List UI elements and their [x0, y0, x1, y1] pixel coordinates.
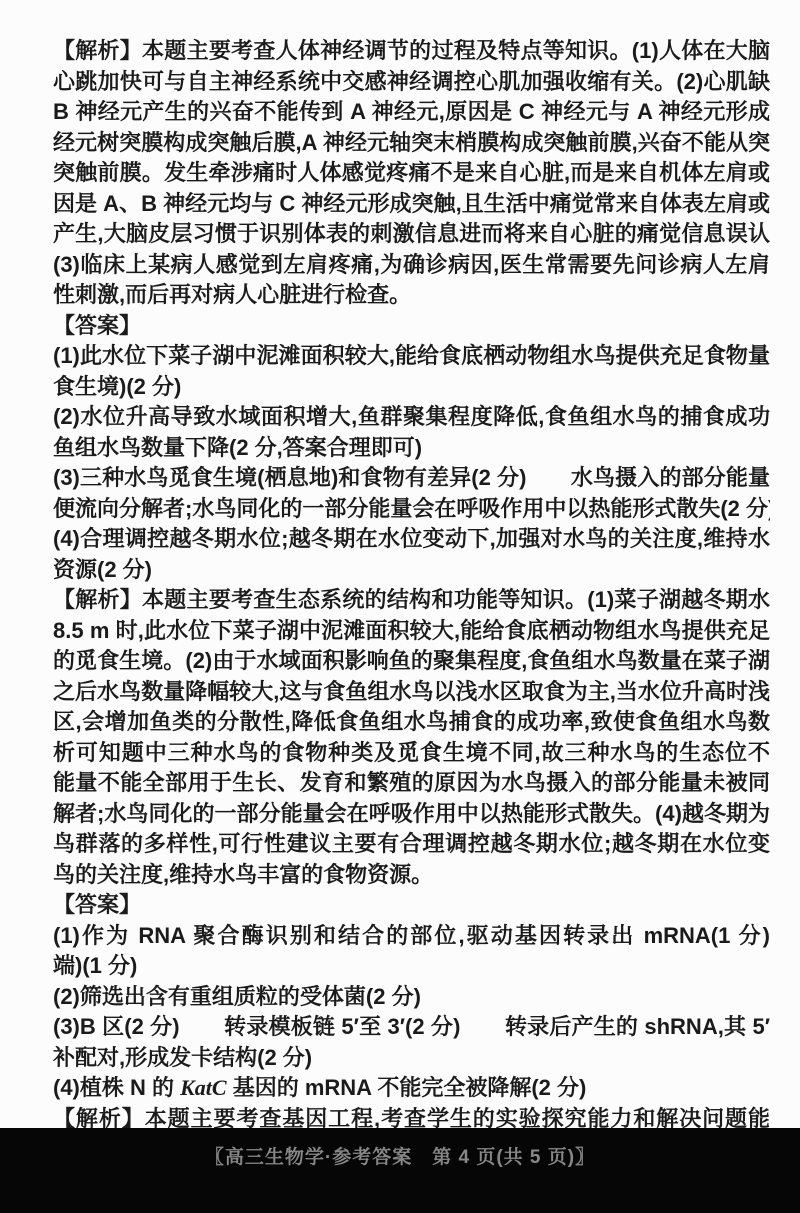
- text-span: 性刺激,而后再对病人心脏进行检查。: [53, 282, 411, 307]
- text-span: 基因的 mRNA 不能完全被降解(2 分): [227, 1075, 587, 1100]
- question-number: 18.: [53, 311, 54, 342]
- question-number: 19.: [53, 890, 54, 921]
- analysis-line: 8.5 m 时,此水位下菜子湖中泥滩面积较大,能给食底栖动物组水鸟提供充足食物量…: [53, 616, 770, 647]
- answer-line: 补配对,形成发卡结构(2 分): [53, 1043, 770, 1074]
- answer-heading: 19.【答案】: [53, 890, 770, 921]
- text-span: (2)水位升高导致水域面积增大,鱼群聚集程度降低,食鱼组水鸟的捕食成功率降低,致…: [53, 404, 770, 433]
- text-span: 区,会增加鱼类的分散性,降低食鱼组水鸟捕食的成功率,致使食鱼组水鸟数量下降。(3…: [53, 709, 770, 738]
- analysis-line: 产生,大脑皮层习惯于识别体表的刺激信息进而将来自心脏的痛觉信息误认为来自体表。: [53, 219, 770, 250]
- text-span: (4)植株 N 的: [53, 1075, 180, 1100]
- text-span: 因是 A、B 神经元均与 C 神经元形成突触,且生活中痛觉常来自体表左肩或左上臂…: [53, 191, 770, 220]
- answer-line: 端)(1 分): [53, 951, 770, 982]
- text-span: (3)三种水鸟觅食生境(栖息地)和食物有差异(2 分) 水鸟摄入的部分能量未被同…: [53, 465, 770, 494]
- analysis-line: 析可知题中三种水鸟的食物种类及觅食生境不同,故三种水鸟的生态位不同。水鸟摄入的: [53, 738, 770, 769]
- answer-heading-label: 【答案】: [53, 892, 141, 917]
- text-span: 解者;水鸟同化的一部分能量会在呼吸作用中以热能形式散失。(4)越冬期为维持菜子湖…: [53, 801, 770, 830]
- text-span: 经元树突膜构成突触后膜,A 神经元轴突末梢膜构成突触前膜,兴奋不能从突触后膜传递…: [53, 130, 770, 159]
- text-span: 8.5 m 时,此水位下菜子湖中泥滩面积较大,能给食底栖动物组水鸟提供充足食物量…: [53, 618, 770, 647]
- analysis-line: 鸟群落的多样性,可行性建议主要有合理调控越冬期水位;越冬期在水位变动下,加强对水: [53, 829, 770, 860]
- analysis-line: 经元树突膜构成突触后膜,A 神经元轴突末梢膜构成突触前膜,兴奋不能从突触后膜传递…: [53, 128, 770, 159]
- analysis-line: 因是 A、B 神经元均与 C 神经元形成突触,且生活中痛觉常来自体表左肩或左上臂…: [53, 189, 770, 220]
- document-content: 【解析】本题主要考查人体神经调节的过程及特点等知识。(1)人体在大脑皮层中产生痛…: [53, 36, 770, 1134]
- answer-heading-label: 【答案】: [53, 313, 141, 338]
- text-span: 【解析】本题主要考查生态系统的结构和功能等知识。(1)菜子湖越冬期水位保持在 7…: [53, 587, 770, 616]
- answer-line: (4)植株 N 的 KatC 基因的 mRNA 不能完全被降解(2 分): [53, 1073, 770, 1104]
- answer-line: 食生境)(2 分): [53, 372, 770, 403]
- text-span: (1)作为 RNA 聚合酶识别和结合的部位,驱动基因转录出 mRNA(1 分) …: [53, 923, 770, 952]
- text-span: B 神经元产生的兴奋不能传到 A 神经元,原因是 C 神经元与 A 神经元形成的…: [53, 99, 770, 128]
- text-span: 补配对,形成发卡结构(2 分): [53, 1045, 312, 1070]
- text-span: 析可知题中三种水鸟的食物种类及觅食生境不同,故三种水鸟的生态位不同。水鸟摄入的: [53, 740, 770, 769]
- text-span: 【解析】本题主要考查人体神经调节的过程及特点等知识。(1)人体在大脑皮层中产生痛…: [53, 38, 770, 67]
- text-span: (4)合理调控越冬期水位;越冬期在水位变动下,加强对水鸟的关注度,维持水鸟丰富的…: [53, 526, 770, 555]
- text-span: (3)B 区(2 分) 转录模板链 5′至 3′(2 分) 转录后产生的 shR…: [53, 1014, 770, 1043]
- answer-line: (1)此水位下菜子湖中泥滩面积较大,能给食底栖动物组水鸟提供充足食物量(或广阔的…: [53, 341, 770, 372]
- analysis-line: B 神经元产生的兴奋不能传到 A 神经元,原因是 C 神经元与 A 神经元形成的…: [53, 97, 770, 128]
- analysis-line: 突触前膜。发生牵涉痛时人体感觉疼痛不是来自心脏,而是来自机体左肩或左上臂,可能原: [53, 158, 770, 189]
- answer-heading: 18.【答案】: [53, 311, 770, 342]
- text-span: (2)筛选出含有重组质粒的受体菌(2 分): [53, 984, 421, 1009]
- gene-name: KatC: [180, 1075, 226, 1100]
- text-span: 食生境)(2 分): [53, 374, 181, 399]
- answer-line: 便流向分解者;水鸟同化的一部分能量会在呼吸作用中以热能形式散失(2 分): [53, 494, 770, 525]
- answer-line: (3)三种水鸟觅食生境(栖息地)和食物有差异(2 分) 水鸟摄入的部分能量未被同…: [53, 463, 770, 494]
- analysis-line: 之后水鸟数量降幅较大,这与食鱼组水鸟以浅水区取食为主,当水位升高时浅水区变为深水: [53, 677, 770, 708]
- footer-band: 〖高三生物学·参考答案 第 4 页(共 5 页)〗: [0, 1128, 800, 1213]
- analysis-line: 的觅食生境。(2)由于水域面积影响鱼的聚集程度,食鱼组水鸟数量在菜子湖水位高于 …: [53, 646, 770, 677]
- analysis-line: 解者;水鸟同化的一部分能量会在呼吸作用中以热能形式散失。(4)越冬期为维持菜子湖…: [53, 799, 770, 830]
- text-span: (1)此水位下菜子湖中泥滩面积较大,能给食底栖动物组水鸟提供充足食物量(或广阔的…: [53, 343, 770, 372]
- answer-line: 鱼组水鸟数量下降(2 分,答案合理即可): [53, 433, 770, 464]
- text-span: 鱼组水鸟数量下降(2 分,答案合理即可): [53, 435, 422, 460]
- analysis-line: (3)临床上某病人感觉到左肩疼痛,为确诊病因,医生常需要先问诊病人左肩是否受到伤…: [53, 250, 770, 281]
- text-span: 产生,大脑皮层习惯于识别体表的刺激信息进而将来自心脏的痛觉信息误认为来自体表。: [53, 221, 770, 250]
- analysis-line: 【解析】本题主要考查生态系统的结构和功能等知识。(1)菜子湖越冬期水位保持在 7…: [53, 585, 770, 616]
- answer-line: 资源(2 分): [53, 555, 770, 586]
- page-footer: 〖高三生物学·参考答案 第 4 页(共 5 页)〗: [0, 1142, 800, 1169]
- text-span: 资源(2 分): [53, 557, 152, 582]
- analysis-line: 鸟的关注度,维持水鸟丰富的食物资源。: [53, 860, 770, 891]
- analysis-line: 区,会增加鱼类的分散性,降低食鱼组水鸟捕食的成功率,致使食鱼组水鸟数量下降。(3…: [53, 707, 770, 738]
- text-span: (3)临床上某病人感觉到左肩疼痛,为确诊病因,医生常需要先问诊病人左肩是否受到伤…: [53, 252, 770, 281]
- text-span: 突触前膜。发生牵涉痛时人体感觉疼痛不是来自心脏,而是来自机体左肩或左上臂,可能原: [53, 160, 770, 189]
- analysis-line: 性刺激,而后再对病人心脏进行检查。: [53, 280, 770, 311]
- text-span: 鸟群落的多样性,可行性建议主要有合理调控越冬期水位;越冬期在水位变动下,加强对水: [53, 831, 770, 860]
- text-span: 的觅食生境。(2)由于水域面积影响鱼的聚集程度,食鱼组水鸟数量在菜子湖水位高于 …: [53, 648, 770, 677]
- answer-line: (2)筛选出含有重组质粒的受体菌(2 分): [53, 982, 770, 1013]
- text-span: 便流向分解者;水鸟同化的一部分能量会在呼吸作用中以热能形式散失(2 分): [53, 496, 770, 521]
- text-span: 能量不能全部用于生长、发育和繁殖的原因为水鸟摄入的部分能量未被同化随粪便流向分: [53, 770, 770, 799]
- analysis-line: 【解析】本题主要考查人体神经调节的过程及特点等知识。(1)人体在大脑皮层中产生痛…: [53, 36, 770, 67]
- text-span: 之后水鸟数量降幅较大,这与食鱼组水鸟以浅水区取食为主,当水位升高时浅水区变为深水: [53, 679, 770, 708]
- answer-line: (3)B 区(2 分) 转录模板链 5′至 3′(2 分) 转录后产生的 shR…: [53, 1012, 770, 1043]
- text-span: 心跳加快可与自主神经系统中交感神经调控心肌加强收缩有关。(2)心肌缺血引起痛觉时…: [53, 69, 770, 98]
- text-span: 端)(1 分): [53, 953, 137, 978]
- text-span: 鸟的关注度,维持水鸟丰富的食物资源。: [53, 862, 433, 887]
- analysis-line: 能量不能全部用于生长、发育和繁殖的原因为水鸟摄入的部分能量未被同化随粪便流向分: [53, 768, 770, 799]
- answer-line: (2)水位升高导致水域面积增大,鱼群聚集程度降低,食鱼组水鸟的捕食成功率降低,致…: [53, 402, 770, 433]
- answer-line: (1)作为 RNA 聚合酶识别和结合的部位,驱动基因转录出 mRNA(1 分) …: [53, 921, 770, 952]
- analysis-line: 心跳加快可与自主神经系统中交感神经调控心肌加强收缩有关。(2)心肌缺血引起痛觉时…: [53, 67, 770, 98]
- answer-line: (4)合理调控越冬期水位;越冬期在水位变动下,加强对水鸟的关注度,维持水鸟丰富的…: [53, 524, 770, 555]
